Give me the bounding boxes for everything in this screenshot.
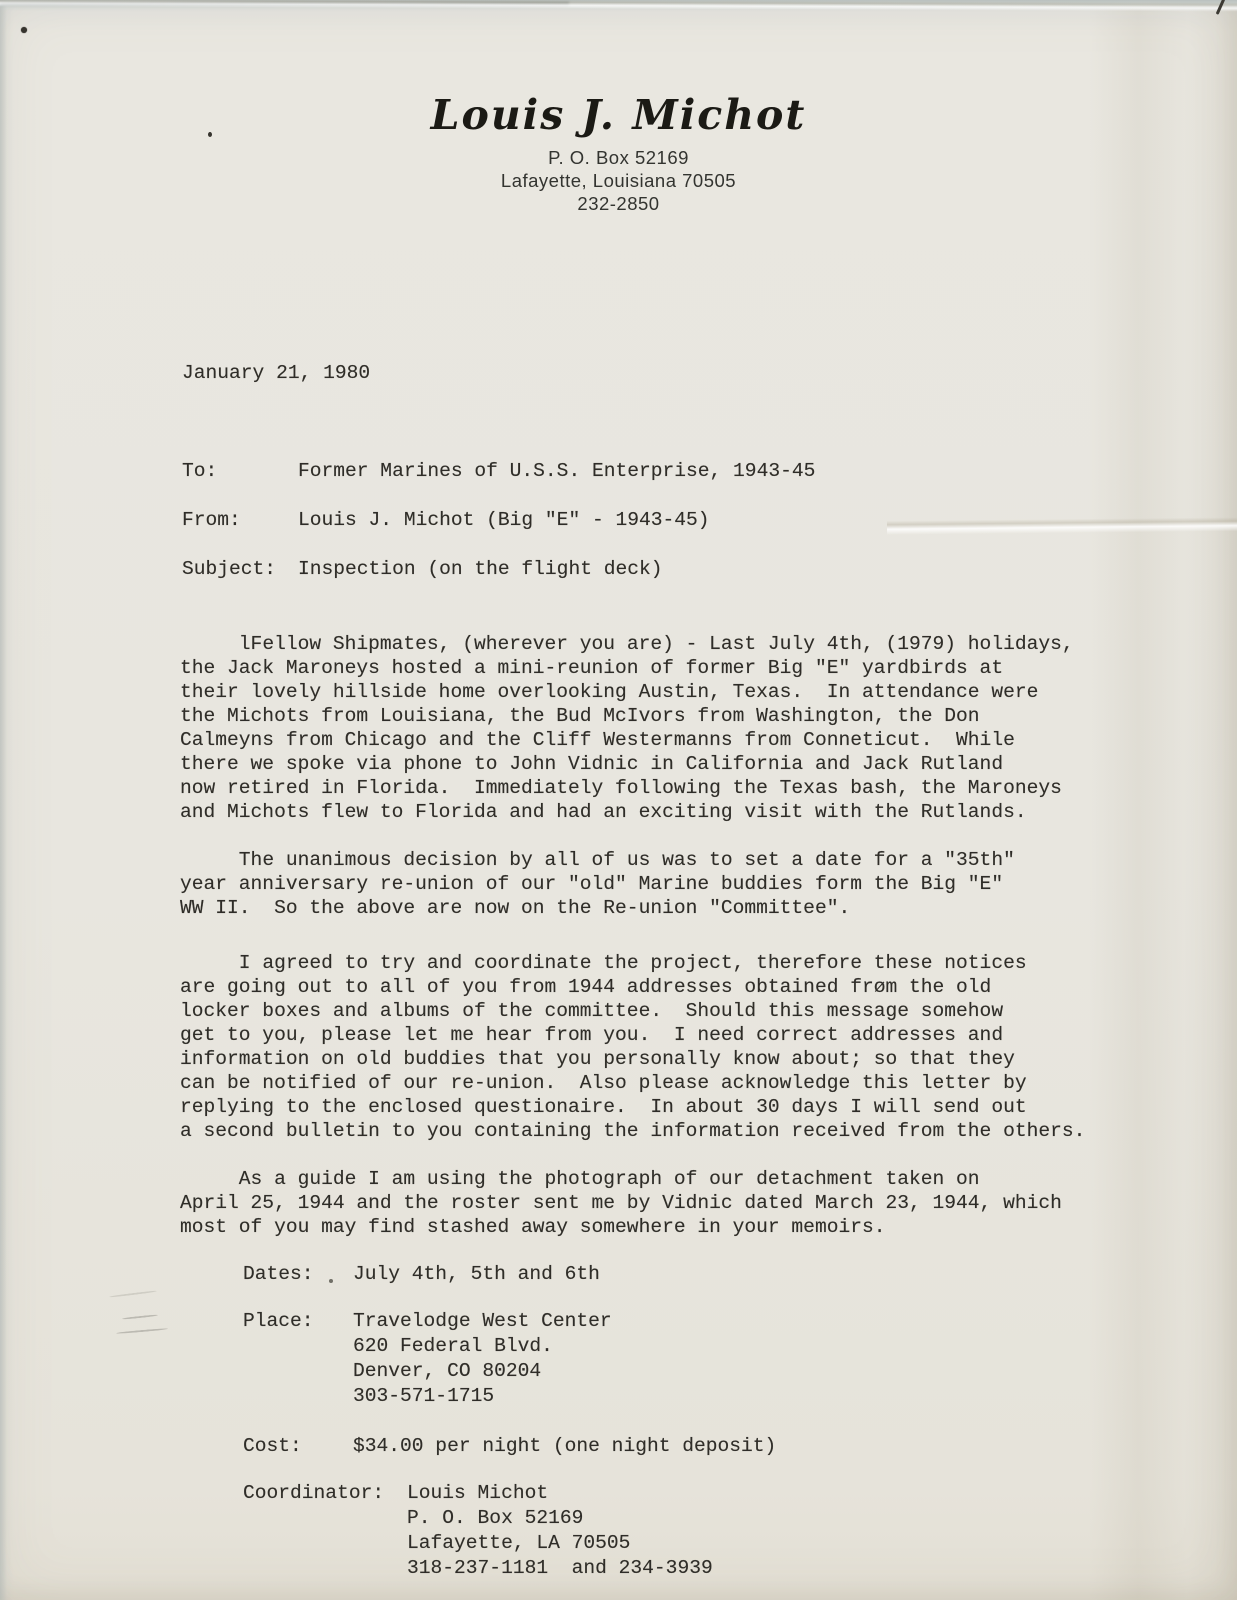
coordinator-city: Lafayette, LA 70505 [407,1531,713,1556]
pencil-squiggle-artifact [109,1290,157,1298]
place-city: Denver, CO 80204 [353,1359,612,1384]
dates-line: July 4th, 5th and 6th [353,1262,600,1287]
letterhead-address: P. O. Box 52169 Lafayette, Louisiana 705… [0,146,1237,215]
dates-value: July 4th, 5th and 6th [353,1262,600,1287]
info-row-dates: Dates: July 4th, 5th and 6th [243,1262,600,1287]
cost-value: $34.00 per night (one night deposit) [353,1434,776,1459]
body-paragraph-2: The unanimous decision by all of us was … [180,848,1130,920]
scanned-letter-page: Louis J. Michot P. O. Box 52169 Lafayett… [0,0,1237,1600]
place-street: 620 Federal Blvd. [353,1334,612,1359]
subject-label: Subject: [182,557,298,581]
memo-row-to: To: Former Marines of U.S.S. Enterprise,… [182,459,815,483]
date-line: January 21, 1980 [182,361,370,385]
place-phone: 303-571-1715 [353,1384,612,1409]
letterhead: Louis J. Michot P. O. Box 52169 Lafayett… [0,90,1237,215]
place-value: Travelodge West Center 620 Federal Blvd.… [353,1309,612,1409]
body-paragraph-3: I agreed to try and coordinate the proje… [180,951,1130,1143]
coordinator-phones: 318-237-1181 and 234-3939 [407,1556,713,1581]
scan-edge-left [0,0,7,1600]
letterhead-phone: 232-2850 [0,192,1237,215]
to-value: Former Marines of U.S.S. Enterprise, 194… [298,459,815,483]
memo-header: To: Former Marines of U.S.S. Enterprise,… [182,459,815,606]
dates-label: Dates: [243,1262,314,1286]
cost-label: Cost: [243,1434,302,1458]
body-paragraph-1: lFellow Shipmates, (wherever you are) - … [180,632,1130,824]
subject-value: Inspection (on the flight deck) [298,557,663,581]
memo-row-from: From: Louis J. Michot (Big "E" - 1943-45… [182,508,815,532]
pencil-squiggle-artifact [122,1314,158,1320]
info-row-place: Place: Travelodge West Center 620 Federa… [243,1309,612,1409]
info-row-coordinator: Coordinator: Louis Michot P. O. Box 5216… [243,1481,713,1581]
to-label: To: [182,459,298,483]
from-label: From: [182,508,298,532]
memo-row-subject: Subject: Inspection (on the flight deck) [182,557,815,581]
coordinator-label: Coordinator: [243,1481,384,1505]
letterhead-city-line: Lafayette, Louisiana 70505 [0,169,1237,192]
info-row-cost: Cost: $34.00 per night (one night deposi… [243,1434,776,1459]
fold-crease-upper-right [887,517,1237,535]
place-venue: Travelodge West Center [353,1309,612,1334]
ink-dot-artifact [21,27,27,33]
body-paragraph-4: As a guide I am using the photograph of … [180,1167,1130,1239]
place-label: Place: [243,1309,314,1333]
letterhead-po-box: P. O. Box 52169 [0,146,1237,169]
coordinator-name: Louis Michot [407,1481,713,1506]
pencil-squiggle-artifact [116,1328,168,1335]
coordinator-value: Louis Michot P. O. Box 52169 Lafayette, … [407,1481,713,1581]
cost-line: $34.00 per night (one night deposit) [353,1434,776,1459]
coordinator-po-box: P. O. Box 52169 [407,1506,713,1531]
from-value: Louis J. Michot (Big "E" - 1943-45) [298,508,710,532]
letterhead-name: Louis J. Michot [0,90,1237,140]
